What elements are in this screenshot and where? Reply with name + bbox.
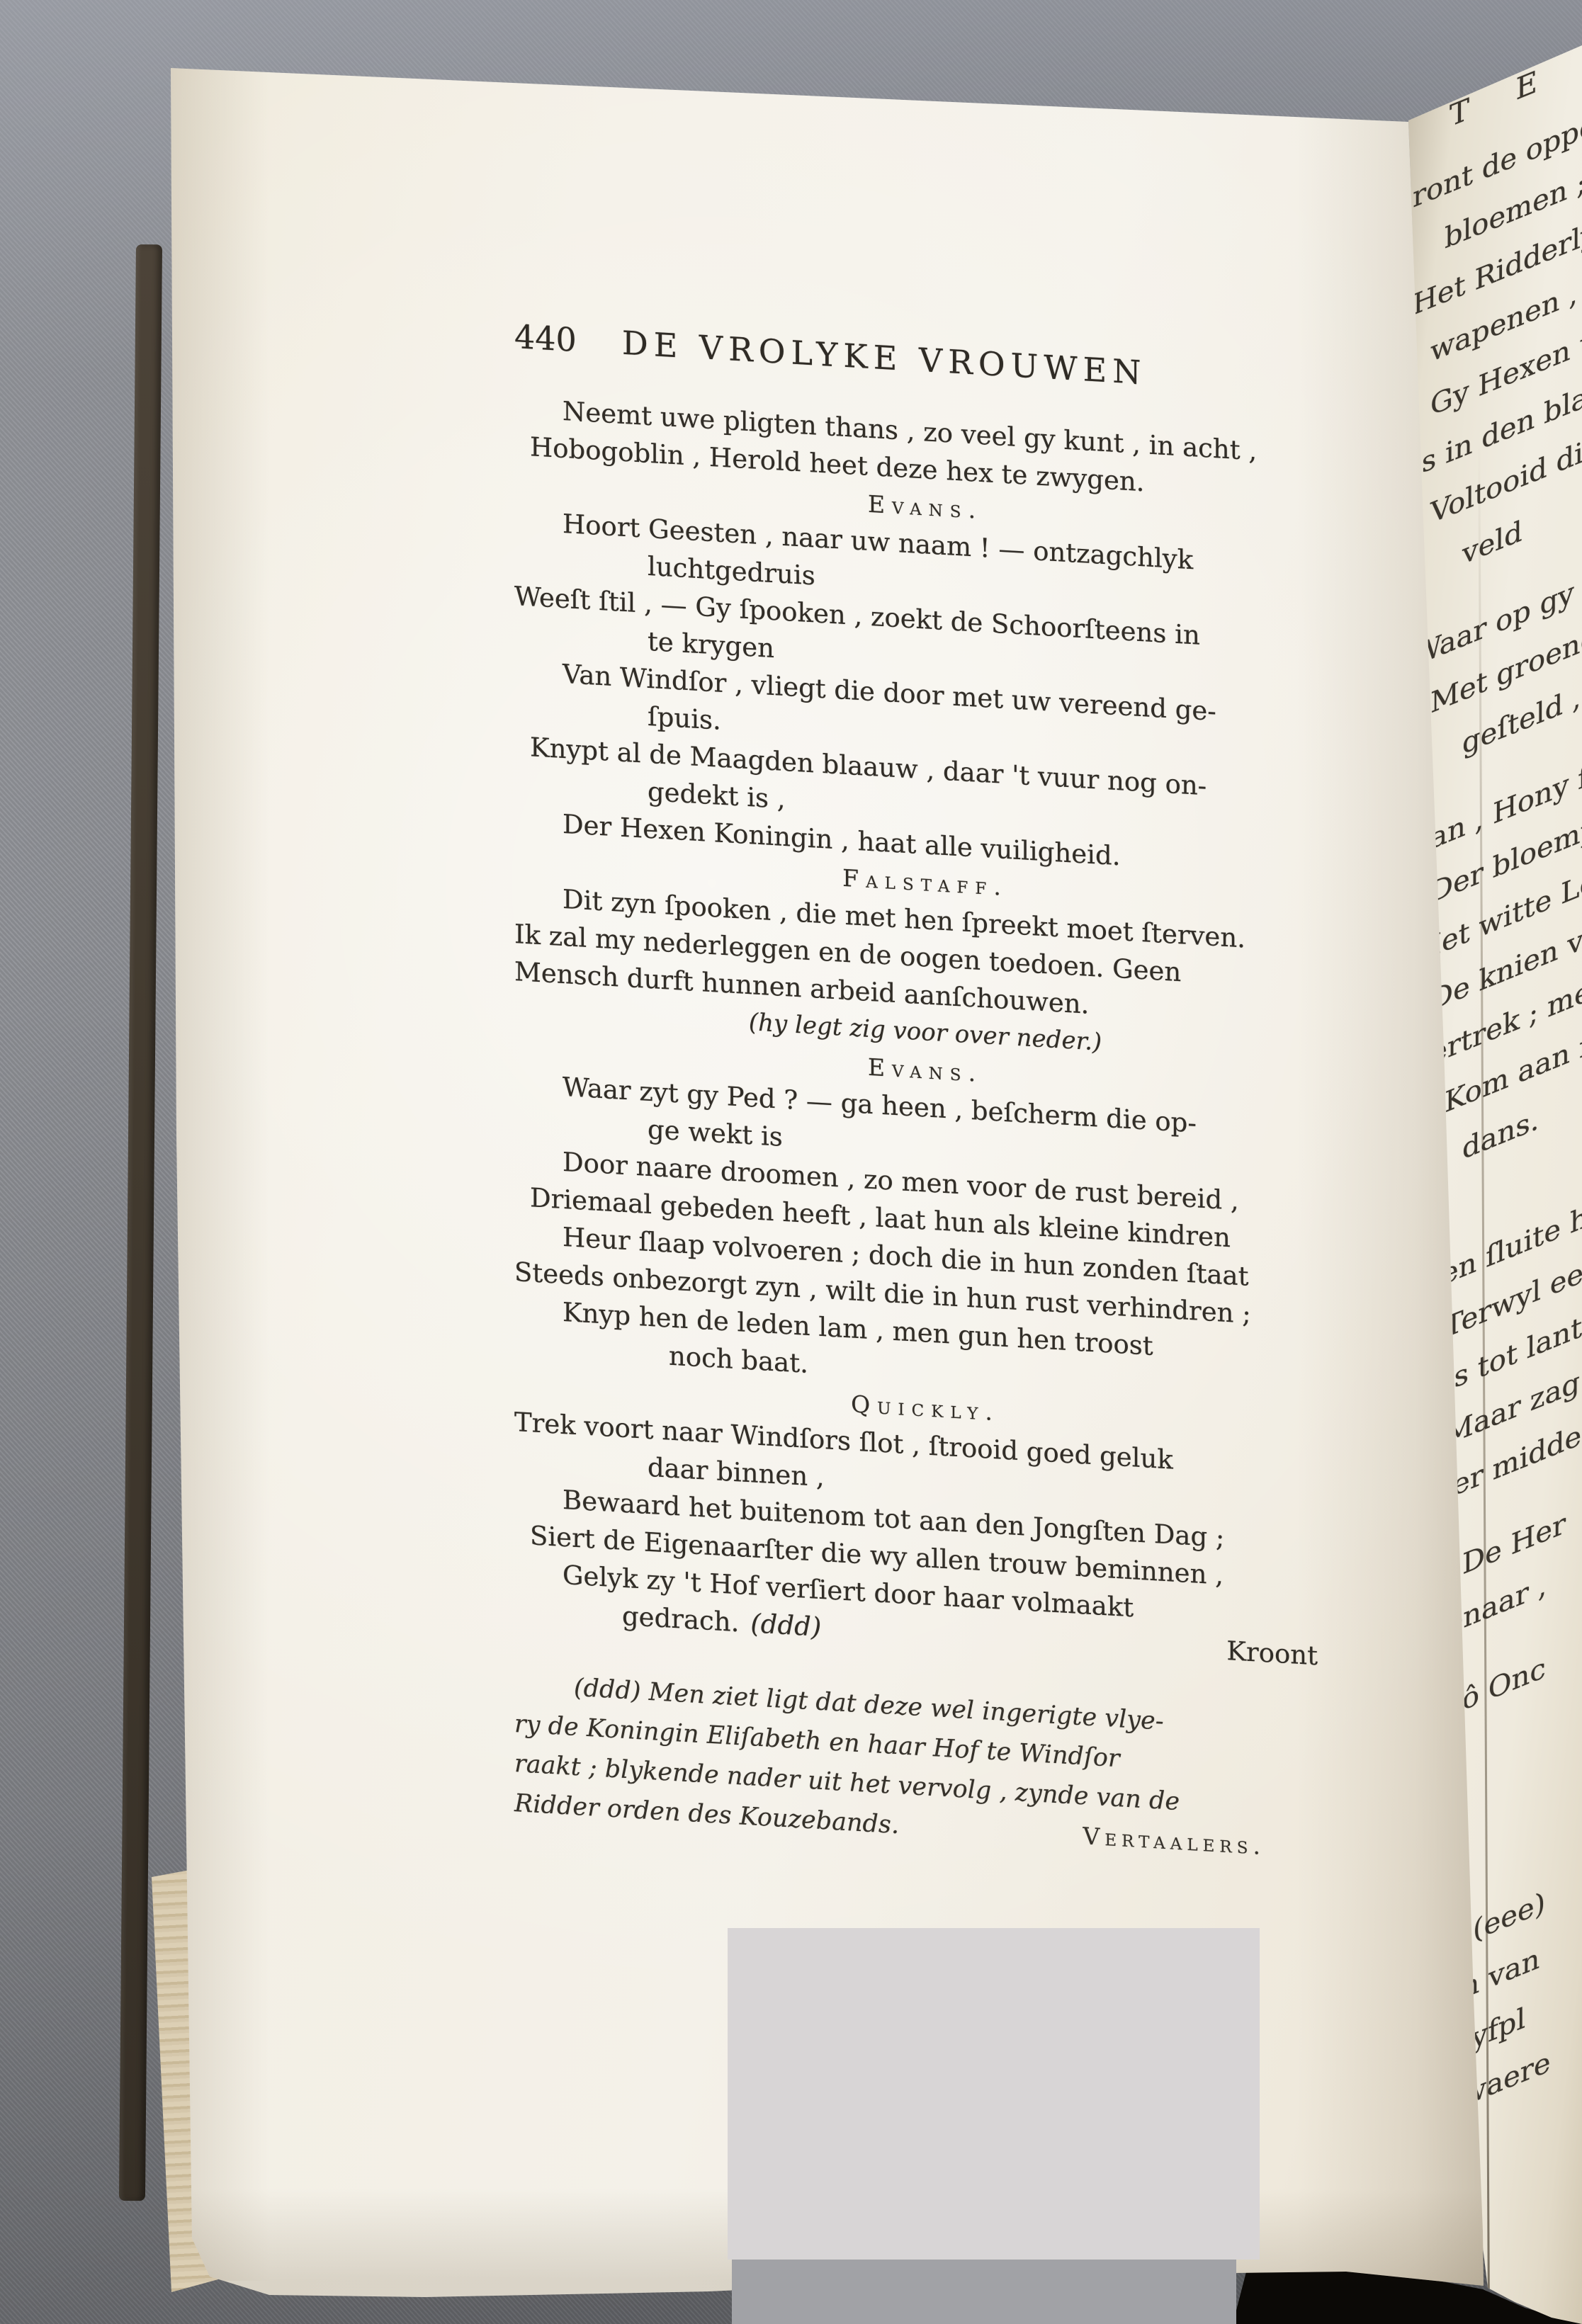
page-number: 440 — [514, 317, 577, 359]
gray-patch-on-fabric — [732, 2260, 1236, 2324]
body-text-column: Neemt uwe pligten thans , zo veel gy kun… — [514, 390, 1336, 1676]
photo-of-open-book: T E Wront de opperzebloemen ;Het Ridderl… — [0, 0, 1582, 2324]
catchword: Kroont — [1226, 1632, 1318, 1674]
gray-patch-on-page — [728, 1928, 1260, 2260]
